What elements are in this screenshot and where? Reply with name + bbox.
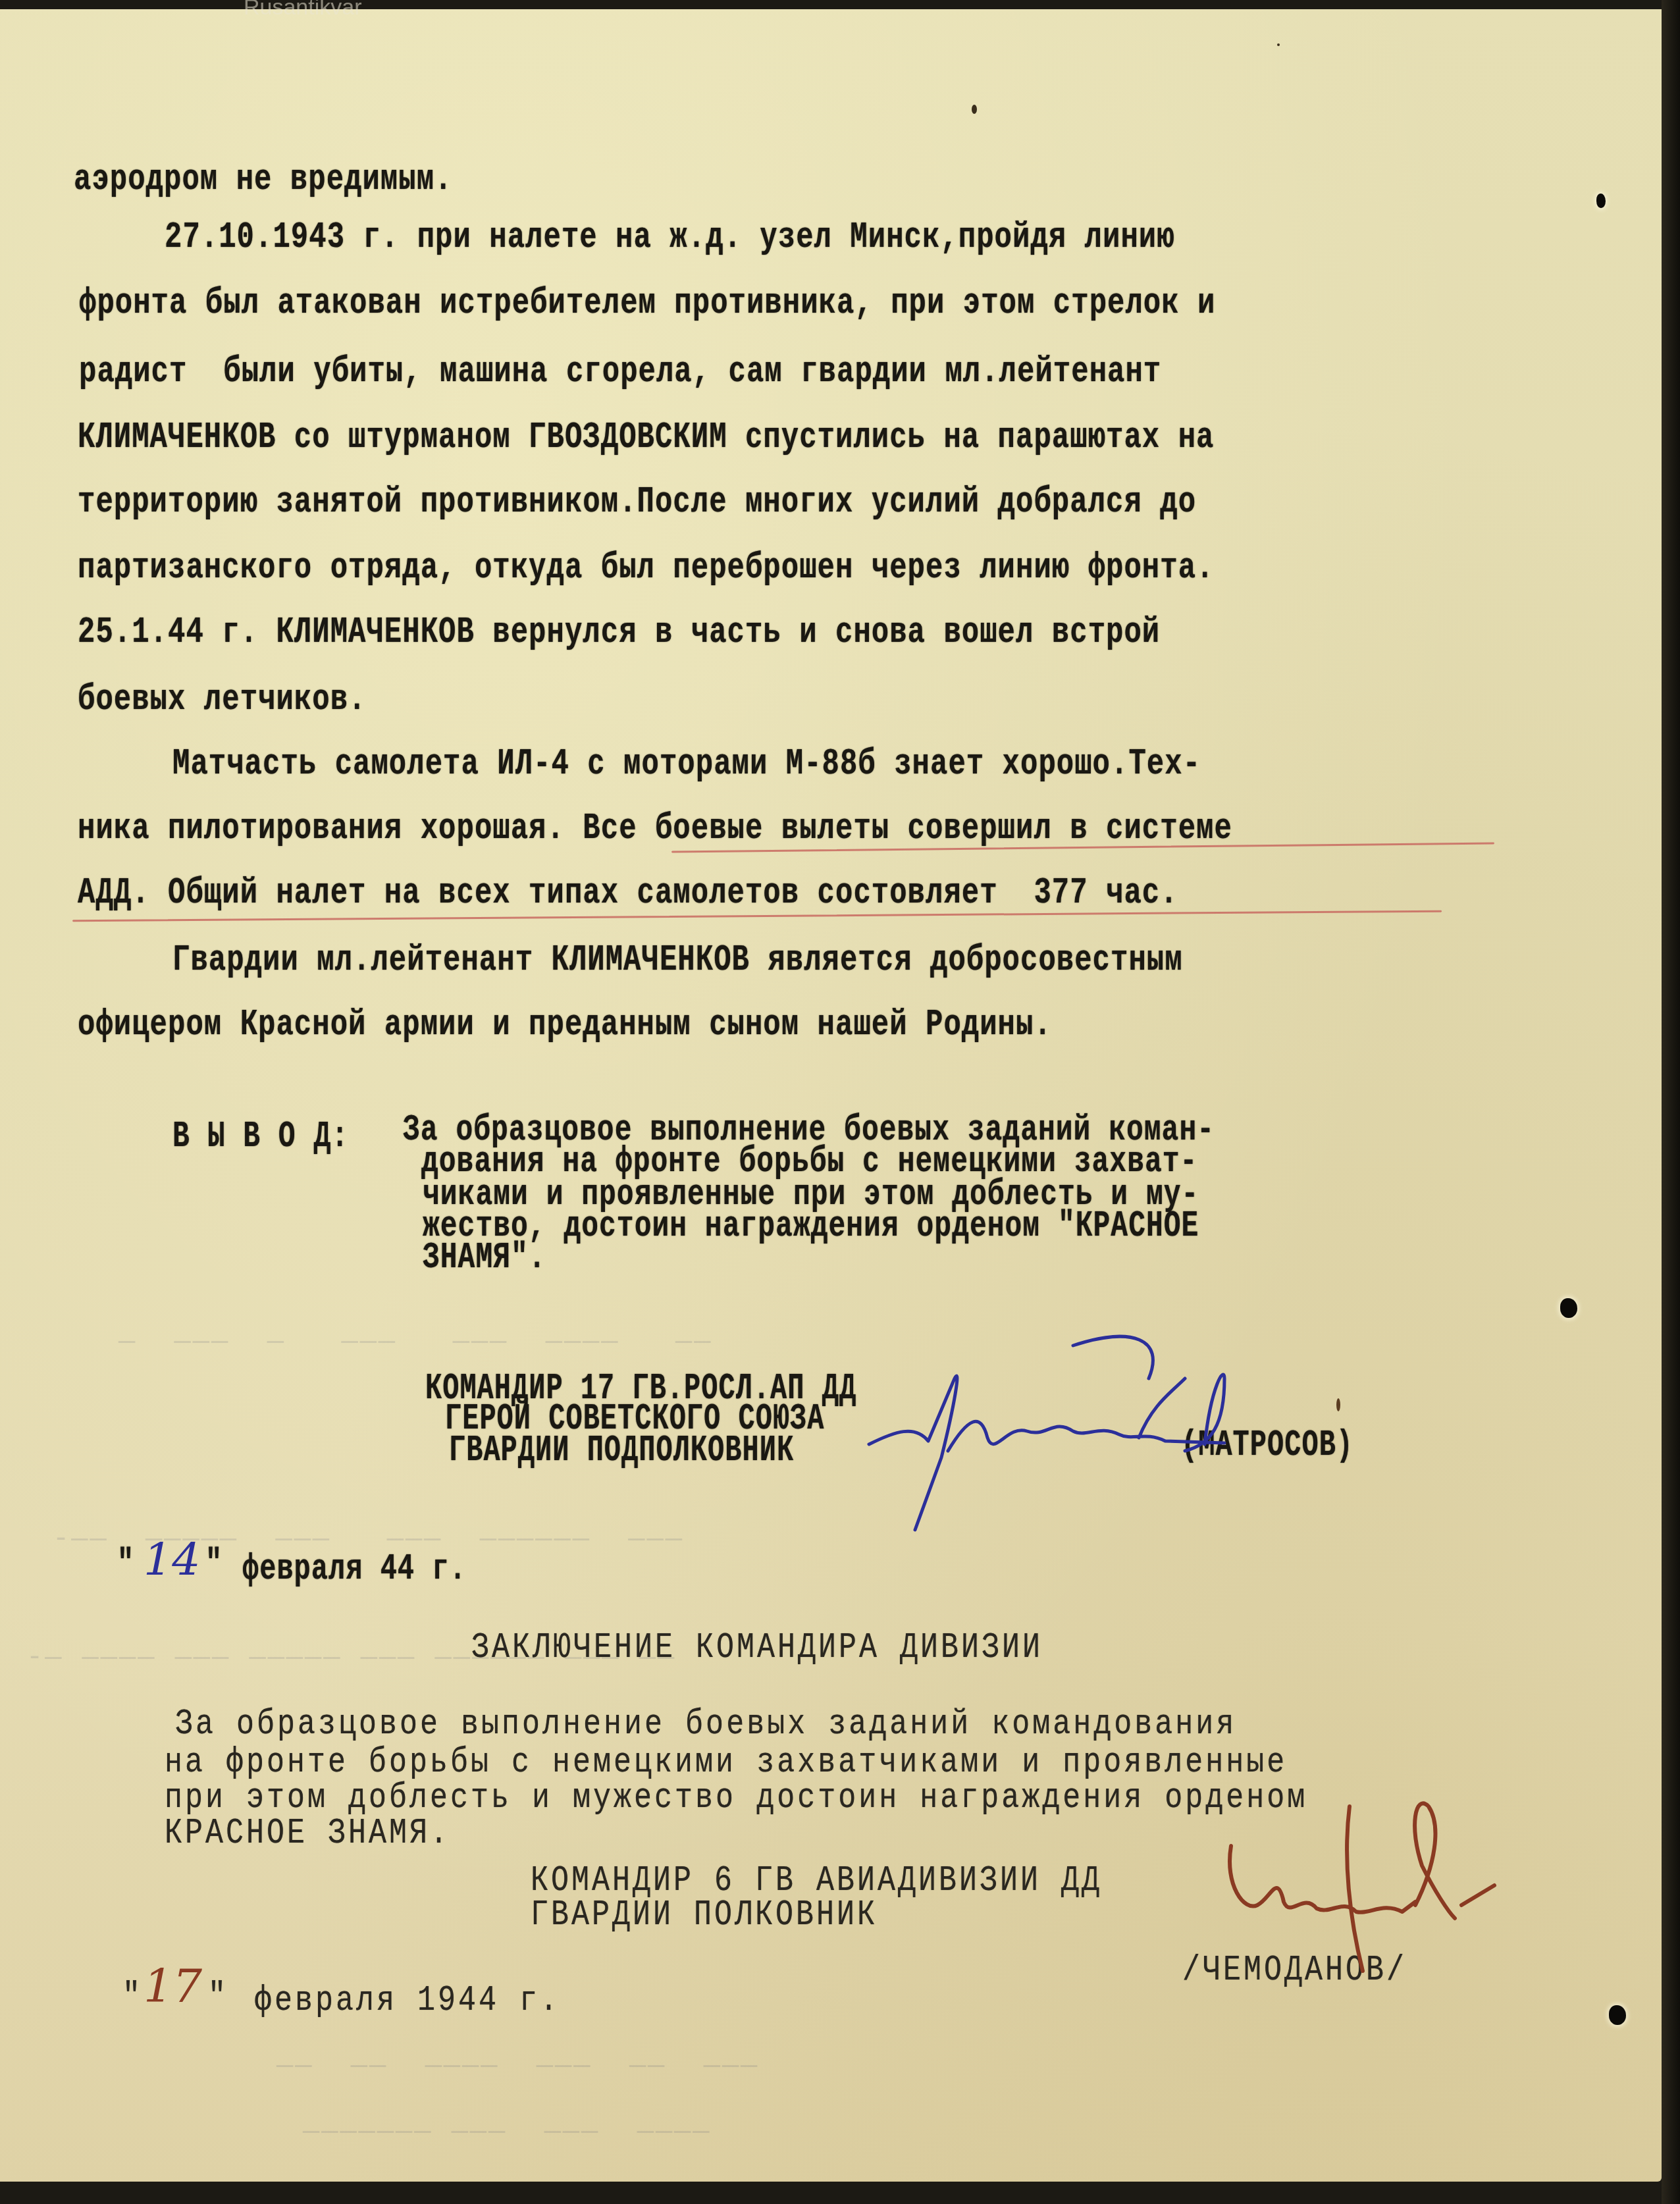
conclusion-label: В Ы В О Д:	[172, 1115, 349, 1158]
body-line: Матчасть самолета ИЛ-4 с моторами М-88б …	[172, 744, 1201, 785]
body-line: КЛИМАЧЕНКОВ со штурманом ГВОЗДОВСКИМ спу…	[78, 417, 1214, 459]
paper-speck	[1336, 1398, 1340, 1411]
paper-speck	[1277, 43, 1280, 46]
division-conclusion-line: при этом доблесть и мужество достоин наг…	[165, 1779, 1307, 1818]
scan-edge	[1662, 0, 1680, 2204]
division-signature-title: ГВАРДИИ ПОЛКОВНИК	[531, 1896, 878, 1935]
division-date-close-quote: "	[208, 1978, 228, 2017]
paper-speck	[972, 105, 977, 114]
body-line: фронта был атакован истребителем противн…	[79, 283, 1215, 325]
division-conclusion-title: ЗАКЛЮЧЕНИЕ КОМАНДИРА ДИВИЗИИ	[471, 1629, 1043, 1668]
regiment-date-open-quote: "	[117, 1544, 134, 1584]
division-date-rest: февраля 1944 г.	[254, 1981, 560, 2021]
division-date-open-quote: "	[122, 1978, 143, 2017]
body-line: Гвардии мл.лейтенант КЛИМАЧЕНКОВ являетс…	[172, 940, 1183, 982]
division-date-day: 17	[144, 1959, 202, 2013]
binding-hole	[1609, 2005, 1626, 2025]
binding-hole	[1596, 194, 1606, 208]
regiment-signature-title: ГВАРДИИ ПОДПОЛКОВНИК	[449, 1431, 794, 1471]
regiment-date-close-quote: "	[205, 1544, 223, 1584]
bleed-through-text: ——————— ——— ——— ————	[303, 2116, 712, 2147]
document-page: — ——— — ——— ——— ———— —— -—— ————— ——— ——…	[0, 9, 1662, 2182]
division-conclusion-line: За образцовое выполнение боевых заданий …	[134, 1705, 1236, 1745]
body-line: 25.1.44 г. КЛИМАЧЕНКОВ вернулся в часть …	[78, 612, 1160, 654]
binding-hole	[1560, 1298, 1577, 1318]
watermark: Rusantikvar	[244, 0, 362, 20]
division-conclusion-line: на фронте борьбы с немецкими захватчикам…	[165, 1743, 1287, 1783]
division-conclusion-line: КРАСНОЕ ЗНАМЯ.	[165, 1814, 450, 1854]
body-line: партизанского отряда, откуда был перебро…	[78, 548, 1214, 589]
body-line: офицером Красной армии и преданным сыном…	[78, 1005, 1052, 1046]
regiment-commander-signature	[856, 1326, 1448, 1550]
regiment-date-rest: февраля 44 г.	[242, 1550, 467, 1589]
body-line: радист были убиты, машина сгорела, сам г…	[79, 352, 1161, 393]
body-line: 27.10.1943 г. при налете на ж.д. узел Ми…	[165, 217, 1175, 259]
body-line: АДД. Общий налет на всех типах самолетов…	[78, 873, 1178, 914]
body-line: ника пилотирования хорошая. Все боевые в…	[78, 808, 1232, 850]
body-line: аэродром не вредимым.	[74, 159, 453, 201]
bleed-through-text: — ——— — ——— ——— ———— ——	[118, 1326, 713, 1357]
body-line: боевых летчиков.	[78, 679, 366, 721]
bleed-through-text: —— —— ———— ——— —— ———	[276, 2050, 759, 2082]
regiment-date-day: 14	[144, 1534, 201, 1586]
conclusion-line: ЗНАМЯ".	[423, 1236, 546, 1279]
division-commander-signature	[1218, 1787, 1514, 1984]
body-line: территорию занятой противником.После мно…	[78, 482, 1196, 523]
